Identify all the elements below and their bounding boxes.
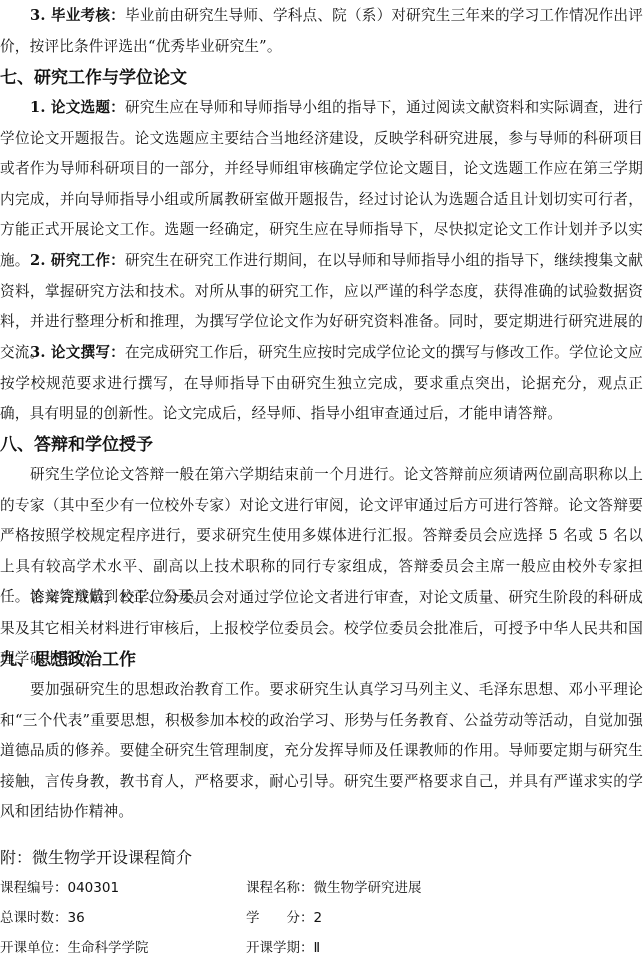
course-info-row: 总课时数：36 学 分：2 [0, 906, 643, 930]
credits: 学 分：2 [246, 906, 322, 930]
item-label: 2. 研究工作： [30, 252, 125, 269]
field-value: Ⅱ [314, 940, 321, 956]
appendix-heading: 附：微生物学开设课程简介 [0, 846, 192, 870]
section-heading-defense-degree: 八、答辩和学位授予 [0, 433, 153, 457]
field-label: 总课时数： [0, 910, 68, 926]
section-heading-research-thesis: 七、研究工作与学位论文 [0, 66, 187, 90]
offering-unit: 开课单位：生命科学学院 [0, 936, 149, 960]
graduation-assessment-paragraph: 3. 毕业考核：毕业前由研究生导师、学科点、院（系）对研究生三年来的学习工作情况… [0, 1, 643, 62]
field-label: 开课学期： [246, 940, 314, 956]
field-value: 微生物学研究进展 [314, 880, 422, 896]
course-number: 课程编号：040301 [0, 876, 119, 900]
thesis-writing-paragraph: 3. 论文撰写：在完成研究工作后，研究生应按时完成学位论文的撰写与修改工作。学位… [0, 338, 643, 430]
field-label: 课程名称： [246, 880, 314, 896]
field-label: 学 分： [246, 910, 314, 926]
course-info-row: 开课单位：生命科学学院 开课学期：Ⅱ [0, 936, 643, 960]
field-label: 开课单位： [0, 940, 68, 956]
item-text: 研究生应在导师和导师指导小组的指导下，通过阅读文献资料和实际调查，进行学位论文开… [0, 99, 643, 269]
course-name: 课程名称：微生物学研究进展 [246, 876, 422, 900]
course-info-row: 课程编号：040301 课程名称：微生物学研究进展 [0, 876, 643, 900]
field-value: 040301 [68, 880, 120, 896]
item-label: 3. 毕业考核： [30, 7, 125, 24]
total-hours: 总课时数：36 [0, 906, 85, 930]
item-label: 1. 论文选题： [30, 99, 125, 116]
item-label: 3. 论文撰写： [30, 344, 125, 361]
field-value: 生命科学学院 [68, 940, 149, 956]
field-value: 36 [68, 910, 85, 926]
offering-semester: 开课学期：Ⅱ [246, 936, 320, 960]
field-label: 课程编号： [0, 880, 68, 896]
political-work-paragraph: 要加强研究生的思想政治教育工作。要求研究生认真学习马列主义、毛泽东思想、邓小平理… [0, 675, 643, 828]
field-value: 2 [314, 910, 323, 926]
section-heading-political-work: 九、思想政治工作 [0, 648, 136, 672]
